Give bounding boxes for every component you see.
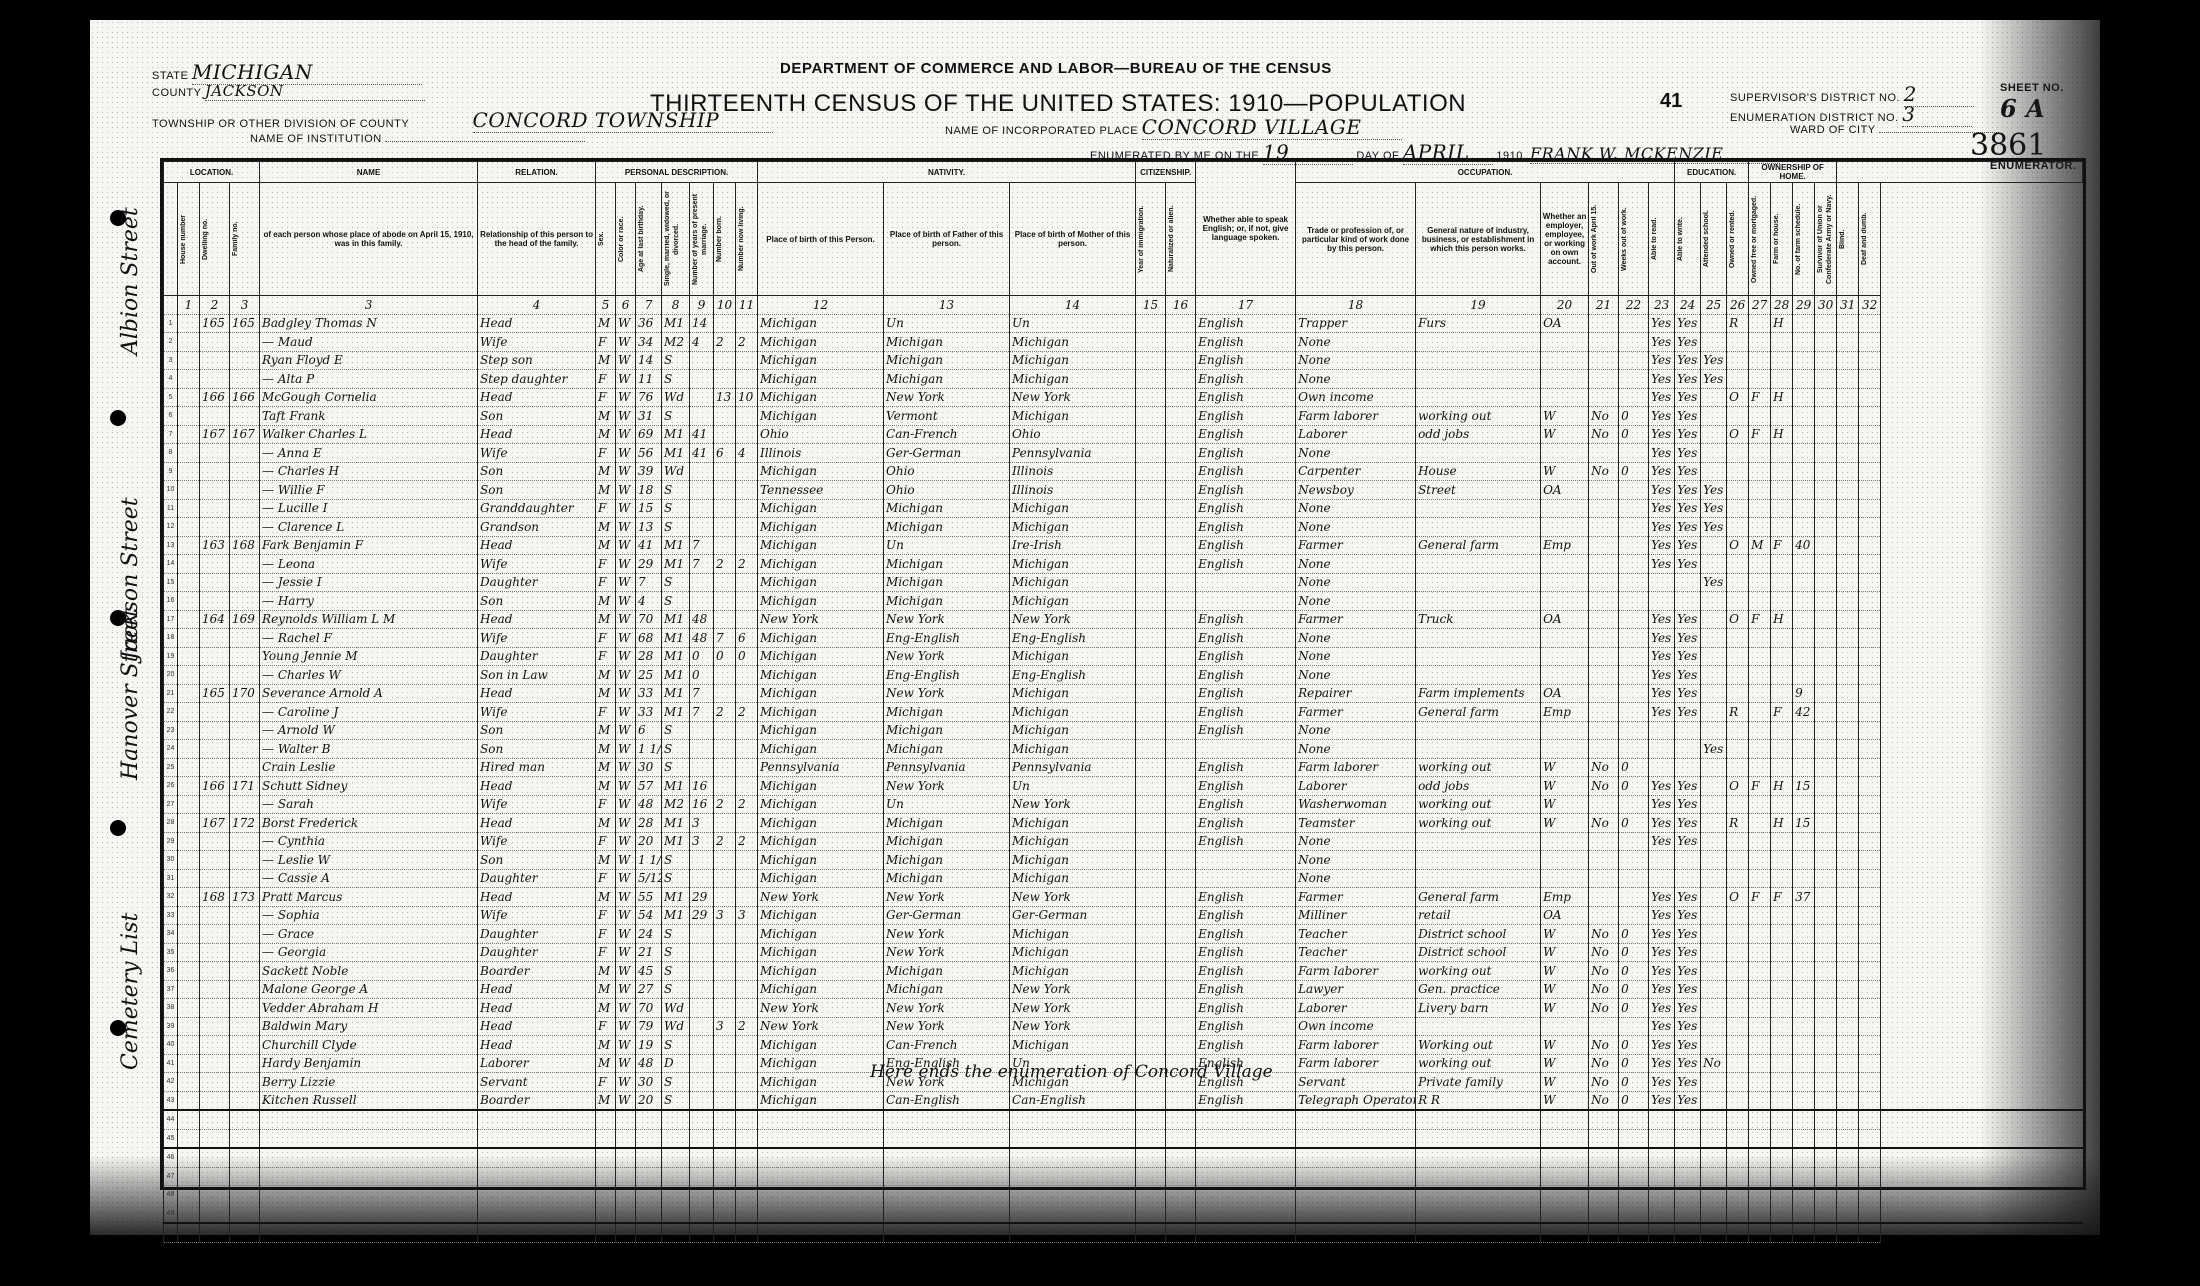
table-row: 23— Arnold WSonMW6SMichiganMichiganMichi… (164, 721, 2083, 740)
can-read-cell: Yes (1649, 703, 1675, 722)
mother-birthplace-cell: Ger-German (1010, 906, 1136, 925)
can-write-cell (1675, 758, 1701, 777)
children-living-cell: 4 (736, 444, 758, 463)
age-cell: 28 (636, 647, 662, 666)
race-cell: W (616, 610, 636, 629)
race-cell: W (616, 814, 636, 833)
farm-house-cell (1771, 1017, 1793, 1036)
children-born-cell (714, 462, 736, 481)
can-write-cell: Yes (1675, 518, 1701, 537)
can-write-cell: Yes (1675, 1054, 1701, 1073)
weeks-out-cell: 0 (1619, 1054, 1649, 1073)
family-number-cell (230, 1110, 260, 1129)
empty-cell (1136, 925, 1166, 944)
owned-rented-cell: O (1727, 777, 1749, 796)
can-read-cell (1649, 1186, 1675, 1205)
sex-cell: M (596, 407, 616, 426)
farm-house-cell (1771, 1091, 1793, 1110)
trade-cell: None (1296, 370, 1416, 389)
can-read-cell (1649, 758, 1675, 777)
out-of-work-cell: No (1589, 425, 1619, 444)
house-number-header: House number (179, 184, 188, 294)
father-birthplace-cell: Un (884, 536, 1010, 555)
family-number-cell (230, 906, 260, 925)
marital-status-cell: M1 (662, 425, 690, 444)
owned-rented-cell (1727, 684, 1749, 703)
language-cell: English (1196, 888, 1296, 907)
age-cell: 25 (636, 666, 662, 685)
race-cell (616, 1223, 636, 1242)
family-number-cell (230, 647, 260, 666)
free-mortgaged-cell (1749, 869, 1771, 888)
farm-house-cell (1771, 407, 1793, 426)
trade-cell: None (1296, 573, 1416, 592)
empty-cell (1166, 1036, 1196, 1055)
farm-house-cell (1771, 795, 1793, 814)
mother-birthplace-cell (1010, 1204, 1136, 1223)
person-name-cell: Kitchen Russell (260, 1091, 478, 1110)
family-number-cell: 169 (230, 610, 260, 629)
father-birthplace-cell: Michigan (884, 518, 1010, 537)
can-read-cell: Yes (1649, 795, 1675, 814)
empty-cell (1136, 832, 1166, 851)
sex-cell: F (596, 943, 616, 962)
marital-status-cell: Wd (662, 1017, 690, 1036)
empty-cell (178, 1167, 200, 1186)
birthplace-cell: Pennsylvania (758, 758, 884, 777)
empty-cell (1859, 1204, 1881, 1223)
employment-class-cell: Emp (1541, 888, 1589, 907)
empty-cell (1837, 869, 1859, 888)
children-living-cell (736, 1110, 758, 1129)
birth-person-header: Place of birth of this Person. (758, 183, 884, 296)
language-cell (1196, 1148, 1296, 1167)
empty-cell (1859, 536, 1881, 555)
can-read-cell: Yes (1649, 999, 1675, 1018)
relation-cell: Boarder (478, 962, 596, 981)
race-cell: W (616, 351, 636, 370)
empty-cell (1166, 721, 1196, 740)
person-name-cell (260, 1204, 478, 1223)
birthplace-cell: New York (758, 999, 884, 1018)
industry-cell: working out (1416, 795, 1541, 814)
owned-rented-cell (1727, 832, 1749, 851)
farm-schedule-cell (1793, 1036, 1815, 1055)
can-read-cell: Yes (1649, 1017, 1675, 1036)
out-of-work-cell (1589, 1129, 1619, 1148)
empty-cell (178, 388, 200, 407)
out-of-work-cell (1589, 1148, 1619, 1167)
empty-cell (1166, 1223, 1196, 1242)
out-of-work-cell (1589, 333, 1619, 352)
farm-schedule-cell: 37 (1793, 888, 1815, 907)
free-mortgaged-cell (1749, 1129, 1771, 1148)
children-born-cell (714, 536, 736, 555)
empty-cell (1859, 869, 1881, 888)
empty-cell (1837, 647, 1859, 666)
can-write-cell: Yes (1675, 814, 1701, 833)
empty-cell (1837, 1129, 1859, 1148)
years-married-cell (690, 481, 714, 500)
years-married-cell (690, 1017, 714, 1036)
dwelling-number-cell (200, 370, 230, 389)
empty-cell (178, 721, 200, 740)
empty-cell (1166, 425, 1196, 444)
free-mortgaged-cell (1749, 1148, 1771, 1167)
employment-class-cell (1541, 499, 1589, 518)
person-name-cell (260, 1110, 478, 1129)
language-cell (1196, 573, 1296, 592)
employment-class-cell: W (1541, 1091, 1589, 1110)
industry-cell: Furs (1416, 314, 1541, 333)
line-number-cell: 26 (164, 777, 178, 796)
relation-cell: Laborer (478, 1054, 596, 1073)
sex-cell: M (596, 814, 616, 833)
mother-birthplace-cell: New York (1010, 388, 1136, 407)
employment-class-cell (1541, 1167, 1589, 1186)
employment-class-cell (1541, 351, 1589, 370)
sex-cell: M (596, 721, 616, 740)
empty-cell (1166, 499, 1196, 518)
school-cell (1701, 1204, 1727, 1223)
free-mortgaged-cell: F (1749, 888, 1771, 907)
can-write-cell (1675, 1110, 1701, 1129)
family-number-cell (230, 980, 260, 999)
race-cell: W (616, 1017, 636, 1036)
line-number-cell: 3 (164, 351, 178, 370)
marital-status-cell: S (662, 980, 690, 999)
owned-rented-cell (1727, 1091, 1749, 1110)
children-living-cell (736, 370, 758, 389)
out-of-work-cell: No (1589, 999, 1619, 1018)
relation-cell: Wife (478, 444, 596, 463)
school-header: Attended school. (1702, 184, 1711, 294)
table-row: 47 (164, 1167, 2083, 1186)
industry-cell (1416, 1223, 1541, 1242)
empty-cell (1815, 925, 1837, 944)
personal-group-header: PERSONAL DESCRIPTION. (596, 162, 758, 183)
weeks-out-cell (1619, 740, 1649, 759)
family-number-cell (230, 555, 260, 574)
out-of-work-cell (1589, 573, 1619, 592)
school-cell (1701, 795, 1727, 814)
dwelling-number-cell (200, 832, 230, 851)
empty-cell (1815, 1204, 1837, 1223)
can-write-cell: Yes (1675, 980, 1701, 999)
line-number-cell: 9 (164, 462, 178, 481)
weeks-out-cell (1619, 832, 1649, 851)
children-living-cell (736, 592, 758, 611)
children-born-cell (714, 814, 736, 833)
children-born-cell (714, 481, 736, 500)
family-number-cell (230, 1223, 260, 1242)
birthplace-cell: Michigan (758, 925, 884, 944)
employment-class-cell (1541, 555, 1589, 574)
out-of-work-cell (1589, 351, 1619, 370)
incorporated-place-field: NAME OF INCORPORATED PLACE Concord Villa… (945, 115, 1402, 140)
children-living-cell (736, 721, 758, 740)
language-cell: English (1196, 518, 1296, 537)
employment-class-cell (1541, 721, 1589, 740)
school-cell (1701, 444, 1727, 463)
free-mortgaged-cell (1749, 462, 1771, 481)
father-birthplace-cell: Un (884, 314, 1010, 333)
relation-cell: Wife (478, 333, 596, 352)
empty-cell (1837, 943, 1859, 962)
employment-class-cell: OA (1541, 314, 1589, 333)
relation-cell (478, 1223, 596, 1242)
mother-birthplace-cell: Michigan (1010, 869, 1136, 888)
empty-cell (1136, 721, 1166, 740)
children-born-cell (714, 1036, 736, 1055)
marital-status-cell: M1 (662, 629, 690, 648)
children-born-cell (714, 1073, 736, 1092)
farm-house-cell: H (1771, 777, 1793, 796)
industry-cell (1416, 1186, 1541, 1205)
trade-cell (1296, 1223, 1416, 1242)
family-number-cell (230, 999, 260, 1018)
children-living-cell (736, 962, 758, 981)
race-cell: W (616, 481, 636, 500)
marital-status-cell: S (662, 758, 690, 777)
dwelling-number-cell: 163 (200, 536, 230, 555)
dwelling-number-cell (200, 1017, 230, 1036)
empty-cell (1136, 536, 1166, 555)
children-born-cell: 0 (714, 647, 736, 666)
birthplace-cell: Michigan (758, 740, 884, 759)
empty-cell (1837, 703, 1859, 722)
employment-class-cell: OA (1541, 610, 1589, 629)
father-birthplace-cell (884, 1186, 1010, 1205)
language-cell: English (1196, 814, 1296, 833)
table-row: 46 (164, 1148, 2083, 1167)
sex-cell: F (596, 647, 616, 666)
empty-cell (1815, 962, 1837, 981)
language-cell: English (1196, 610, 1296, 629)
can-read-cell (1649, 592, 1675, 611)
can-write-cell (1675, 1148, 1701, 1167)
age-cell: 76 (636, 388, 662, 407)
empty-cell (1166, 906, 1196, 925)
empty-cell (178, 1073, 200, 1092)
birthplace-cell: Michigan (758, 592, 884, 611)
weeks-out-cell (1619, 1204, 1649, 1223)
school-cell: Yes (1701, 499, 1727, 518)
empty-cell (1859, 1073, 1881, 1092)
farm-schedule-cell (1793, 629, 1815, 648)
farm-house-cell (1771, 925, 1793, 944)
age-cell: 41 (636, 536, 662, 555)
school-cell (1701, 962, 1727, 981)
age-cell: 18 (636, 481, 662, 500)
line-number-cell: 23 (164, 721, 178, 740)
free-mortgaged-cell (1749, 1036, 1771, 1055)
dwelling-number-cell (200, 444, 230, 463)
race-cell: W (616, 721, 636, 740)
employment-class-cell (1541, 869, 1589, 888)
children-born-cell (714, 610, 736, 629)
race-cell (616, 1110, 636, 1129)
school-cell: No (1701, 1054, 1727, 1073)
person-name-cell: Reynolds William L M (260, 610, 478, 629)
industry-cell (1416, 388, 1541, 407)
industry-cell (1416, 666, 1541, 685)
punch-hole (110, 820, 126, 836)
weeks-out-cell (1619, 388, 1649, 407)
language-cell: English (1196, 536, 1296, 555)
empty-cell (1815, 943, 1837, 962)
children-born-cell: 6 (714, 444, 736, 463)
family-number-cell (230, 370, 260, 389)
empty-cell (178, 629, 200, 648)
farm-schedule-cell (1793, 573, 1815, 592)
farm-schedule-cell (1793, 1148, 1815, 1167)
relation-cell: Hired man (478, 758, 596, 777)
children-born-cell: 3 (714, 1017, 736, 1036)
age-cell: 70 (636, 999, 662, 1018)
line-number-cell: 5 (164, 388, 178, 407)
children-born-cell: 2 (714, 832, 736, 851)
language-cell (1196, 869, 1296, 888)
table-row: 19Young Jennie MDaughterFW28M1000Michiga… (164, 647, 2083, 666)
age-cell (636, 1148, 662, 1167)
father-birthplace-cell: Michigan (884, 740, 1010, 759)
empty-cell (1837, 832, 1859, 851)
father-birthplace-cell: Ohio (884, 481, 1010, 500)
age-cell: 13 (636, 518, 662, 537)
race-cell: W (616, 666, 636, 685)
industry-cell: R R (1416, 1091, 1541, 1110)
father-birthplace-cell: Ohio (884, 462, 1010, 481)
free-mortgaged-cell (1749, 999, 1771, 1018)
table-row: 16— HarrySonMW4SMichiganMichiganMichigan… (164, 592, 2083, 611)
race-cell: W (616, 555, 636, 574)
industry-cell: District school (1416, 925, 1541, 944)
children-living-cell (736, 351, 758, 370)
school-cell (1701, 851, 1727, 870)
trade-cell: None (1296, 740, 1416, 759)
farm-house-cell (1771, 1129, 1793, 1148)
trade-cell: Servant (1296, 1073, 1416, 1092)
school-cell (1701, 721, 1727, 740)
owned-rented-cell (1727, 592, 1749, 611)
weeks-out-cell: 0 (1619, 943, 1649, 962)
marital-status-cell: S (662, 943, 690, 962)
empty-cell (1136, 814, 1166, 833)
weeks-out-cell: 0 (1619, 980, 1649, 999)
empty-cell (1136, 1223, 1166, 1242)
birthplace-cell: Michigan (758, 832, 884, 851)
empty-cell (1136, 999, 1166, 1018)
school-cell (1701, 758, 1727, 777)
table-row: 8— Anna EWifeFW56M14164IllinoisGer-Germa… (164, 444, 2083, 463)
table-row: 39Baldwin MaryHeadFW79Wd32New YorkNew Yo… (164, 1017, 2083, 1036)
empty-cell (1815, 518, 1837, 537)
empty-cell (1859, 1223, 1881, 1242)
sex-cell: F (596, 1017, 616, 1036)
farm-schedule-cell (1793, 370, 1815, 389)
mother-birthplace-cell: Michigan (1010, 1036, 1136, 1055)
family-number-cell (230, 407, 260, 426)
farm-house-cell (1771, 684, 1793, 703)
relation-cell: Daughter (478, 925, 596, 944)
trade-cell: None (1296, 499, 1416, 518)
employment-class-cell: W (1541, 999, 1589, 1018)
industry-cell: retail (1416, 906, 1541, 925)
relation-cell (478, 1167, 596, 1186)
can-read-cell: Yes (1649, 444, 1675, 463)
family-number-cell (230, 499, 260, 518)
relation-cell: Son (478, 851, 596, 870)
father-birthplace-cell: New York (884, 888, 1010, 907)
can-write-cell: Yes (1675, 1091, 1701, 1110)
mother-birthplace-cell: Michigan (1010, 407, 1136, 426)
children-living-cell (736, 851, 758, 870)
can-read-cell: Yes (1649, 888, 1675, 907)
can-read-cell: Yes (1649, 536, 1675, 555)
empty-cell (178, 795, 200, 814)
children-living-cell (736, 1091, 758, 1110)
family-number-cell: 173 (230, 888, 260, 907)
industry-cell (1416, 740, 1541, 759)
out-of-work-cell (1589, 610, 1619, 629)
can-write-cell: Yes (1675, 536, 1701, 555)
dwelling-number-cell: 165 (200, 314, 230, 333)
children-born-cell (714, 1186, 736, 1205)
employment-class-cell (1541, 666, 1589, 685)
can-write-cell: Yes (1675, 370, 1701, 389)
children-living-cell (736, 980, 758, 999)
line-number-cell: 18 (164, 629, 178, 648)
out-of-work-cell (1589, 518, 1619, 537)
years-married-cell (690, 721, 714, 740)
table-row: 6Taft FrankSonMW31SMichiganVermontMichig… (164, 407, 2083, 426)
free-mortgaged-cell (1749, 333, 1771, 352)
farm-house-cell (1771, 832, 1793, 851)
weeks-out-cell (1619, 666, 1649, 685)
free-mortgaged-cell: F (1749, 425, 1771, 444)
empty-cell (1859, 314, 1881, 333)
empty-cell (1837, 925, 1859, 944)
empty-cell (1859, 1186, 1881, 1205)
employment-class-cell (1541, 444, 1589, 463)
mother-birthplace-cell: Michigan (1010, 518, 1136, 537)
table-row: 43Kitchen RussellBoarderMW20SMichiganCan… (164, 1091, 2083, 1110)
table-row: 25Crain LeslieHired manMW30SPennsylvania… (164, 758, 2083, 777)
empty-cell (1859, 1167, 1881, 1186)
empty-cell (1136, 906, 1166, 925)
birthplace-cell: Michigan (758, 370, 884, 389)
out-of-work-cell: No (1589, 1091, 1619, 1110)
empty-cell (178, 1110, 200, 1129)
age-cell: 20 (636, 832, 662, 851)
family-number-cell (230, 573, 260, 592)
farm-schedule-cell (1793, 481, 1815, 500)
owned-rented-cell (1727, 851, 1749, 870)
farm-schedule-cell (1793, 499, 1815, 518)
owned-rented-cell (1727, 444, 1749, 463)
children-living-cell (736, 740, 758, 759)
person-name-cell: Young Jennie M (260, 647, 478, 666)
owned-rented-cell (1727, 462, 1749, 481)
farm-schedule-cell (1793, 1167, 1815, 1186)
owned-rented-cell: O (1727, 536, 1749, 555)
can-write-cell (1675, 869, 1701, 888)
free-mortgaged-cell (1749, 980, 1771, 999)
farm-schedule-cell (1793, 1054, 1815, 1073)
birthplace-cell (758, 1223, 884, 1242)
empty-cell (1837, 1091, 1859, 1110)
